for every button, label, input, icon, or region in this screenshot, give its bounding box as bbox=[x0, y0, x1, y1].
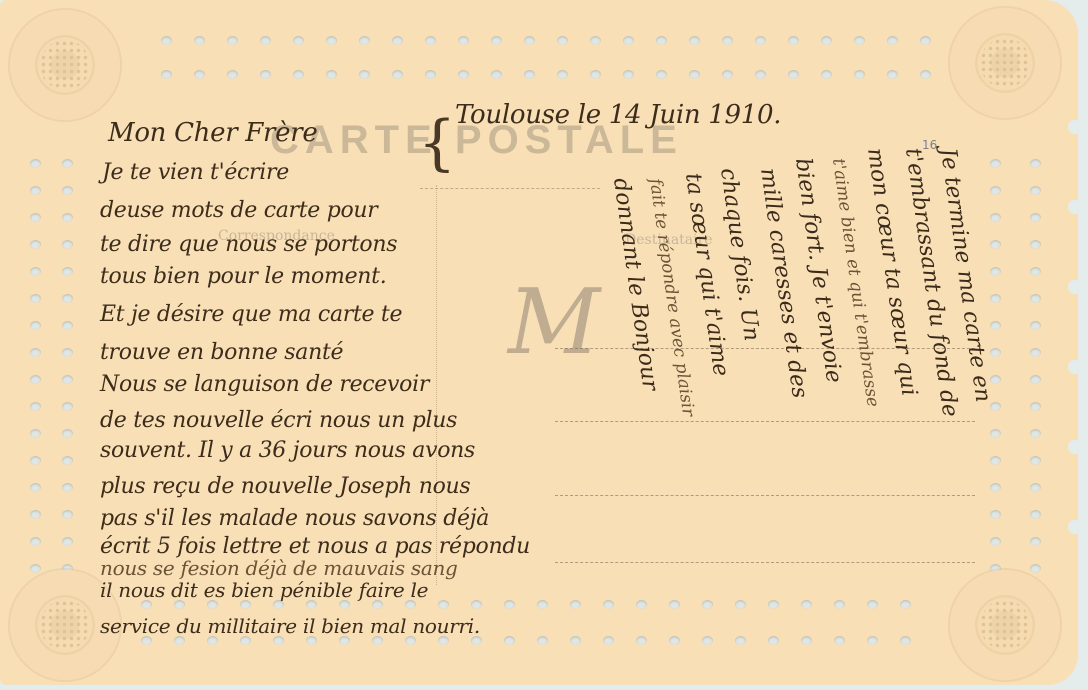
lace-postcard: CARTE POSTALE Correspondance Destinatair… bbox=[0, 0, 1078, 685]
letter-line: il nous dit es bien pénible faire le bbox=[100, 578, 428, 602]
letter-line: te dire que nous se portons bbox=[100, 232, 397, 257]
letter-line: pas s'il les malade nous savons déjà bbox=[100, 506, 489, 531]
letter-line: trouve en bonne santé bbox=[100, 340, 343, 365]
corner-flower-top-left bbox=[10, 10, 120, 120]
letter-line: service du millitaire il bien mal nourri… bbox=[100, 614, 480, 638]
letter-line: Nous se languison de recevoir bbox=[100, 372, 429, 397]
brace-mark: { bbox=[418, 108, 456, 178]
lace-border-left-inner bbox=[62, 150, 73, 582]
printed-address-initial: M bbox=[508, 270, 600, 375]
letter-line: deuse mots de carte pour bbox=[100, 198, 378, 223]
printed-ornament-rule bbox=[420, 188, 600, 189]
corner-flower-top-right bbox=[950, 8, 1060, 118]
letter-line: souvent. Il y a 36 jours nous avons bbox=[100, 438, 475, 463]
letter-line: nous se fesion déjà de mauvais sang bbox=[100, 556, 458, 580]
letter-line: de tes nouvelle écri nous un plus bbox=[100, 408, 457, 433]
lace-border-left bbox=[30, 150, 41, 582]
lace-border-top bbox=[150, 36, 942, 45]
lace-border-top-inner bbox=[150, 70, 942, 79]
letter-line: Je te vien t'écrire bbox=[102, 160, 289, 185]
letter-line: tous bien pour le moment. bbox=[100, 264, 386, 289]
letter-line: Et je désire que ma carte te bbox=[100, 302, 402, 327]
letter-line: plus reçu de nouvelle Joseph nous bbox=[100, 474, 470, 499]
lace-border-right-outer bbox=[1030, 150, 1041, 582]
lace-border-right bbox=[990, 150, 1001, 582]
letter-line: Mon Cher Frère bbox=[108, 118, 317, 148]
corner-flower-bottom-right bbox=[950, 570, 1060, 680]
handwritten-place-date: Toulouse le 14 Juin 1910. bbox=[455, 100, 781, 130]
vertical-message: Je termine ma carte en t'embrassant du f… bbox=[590, 140, 960, 600]
